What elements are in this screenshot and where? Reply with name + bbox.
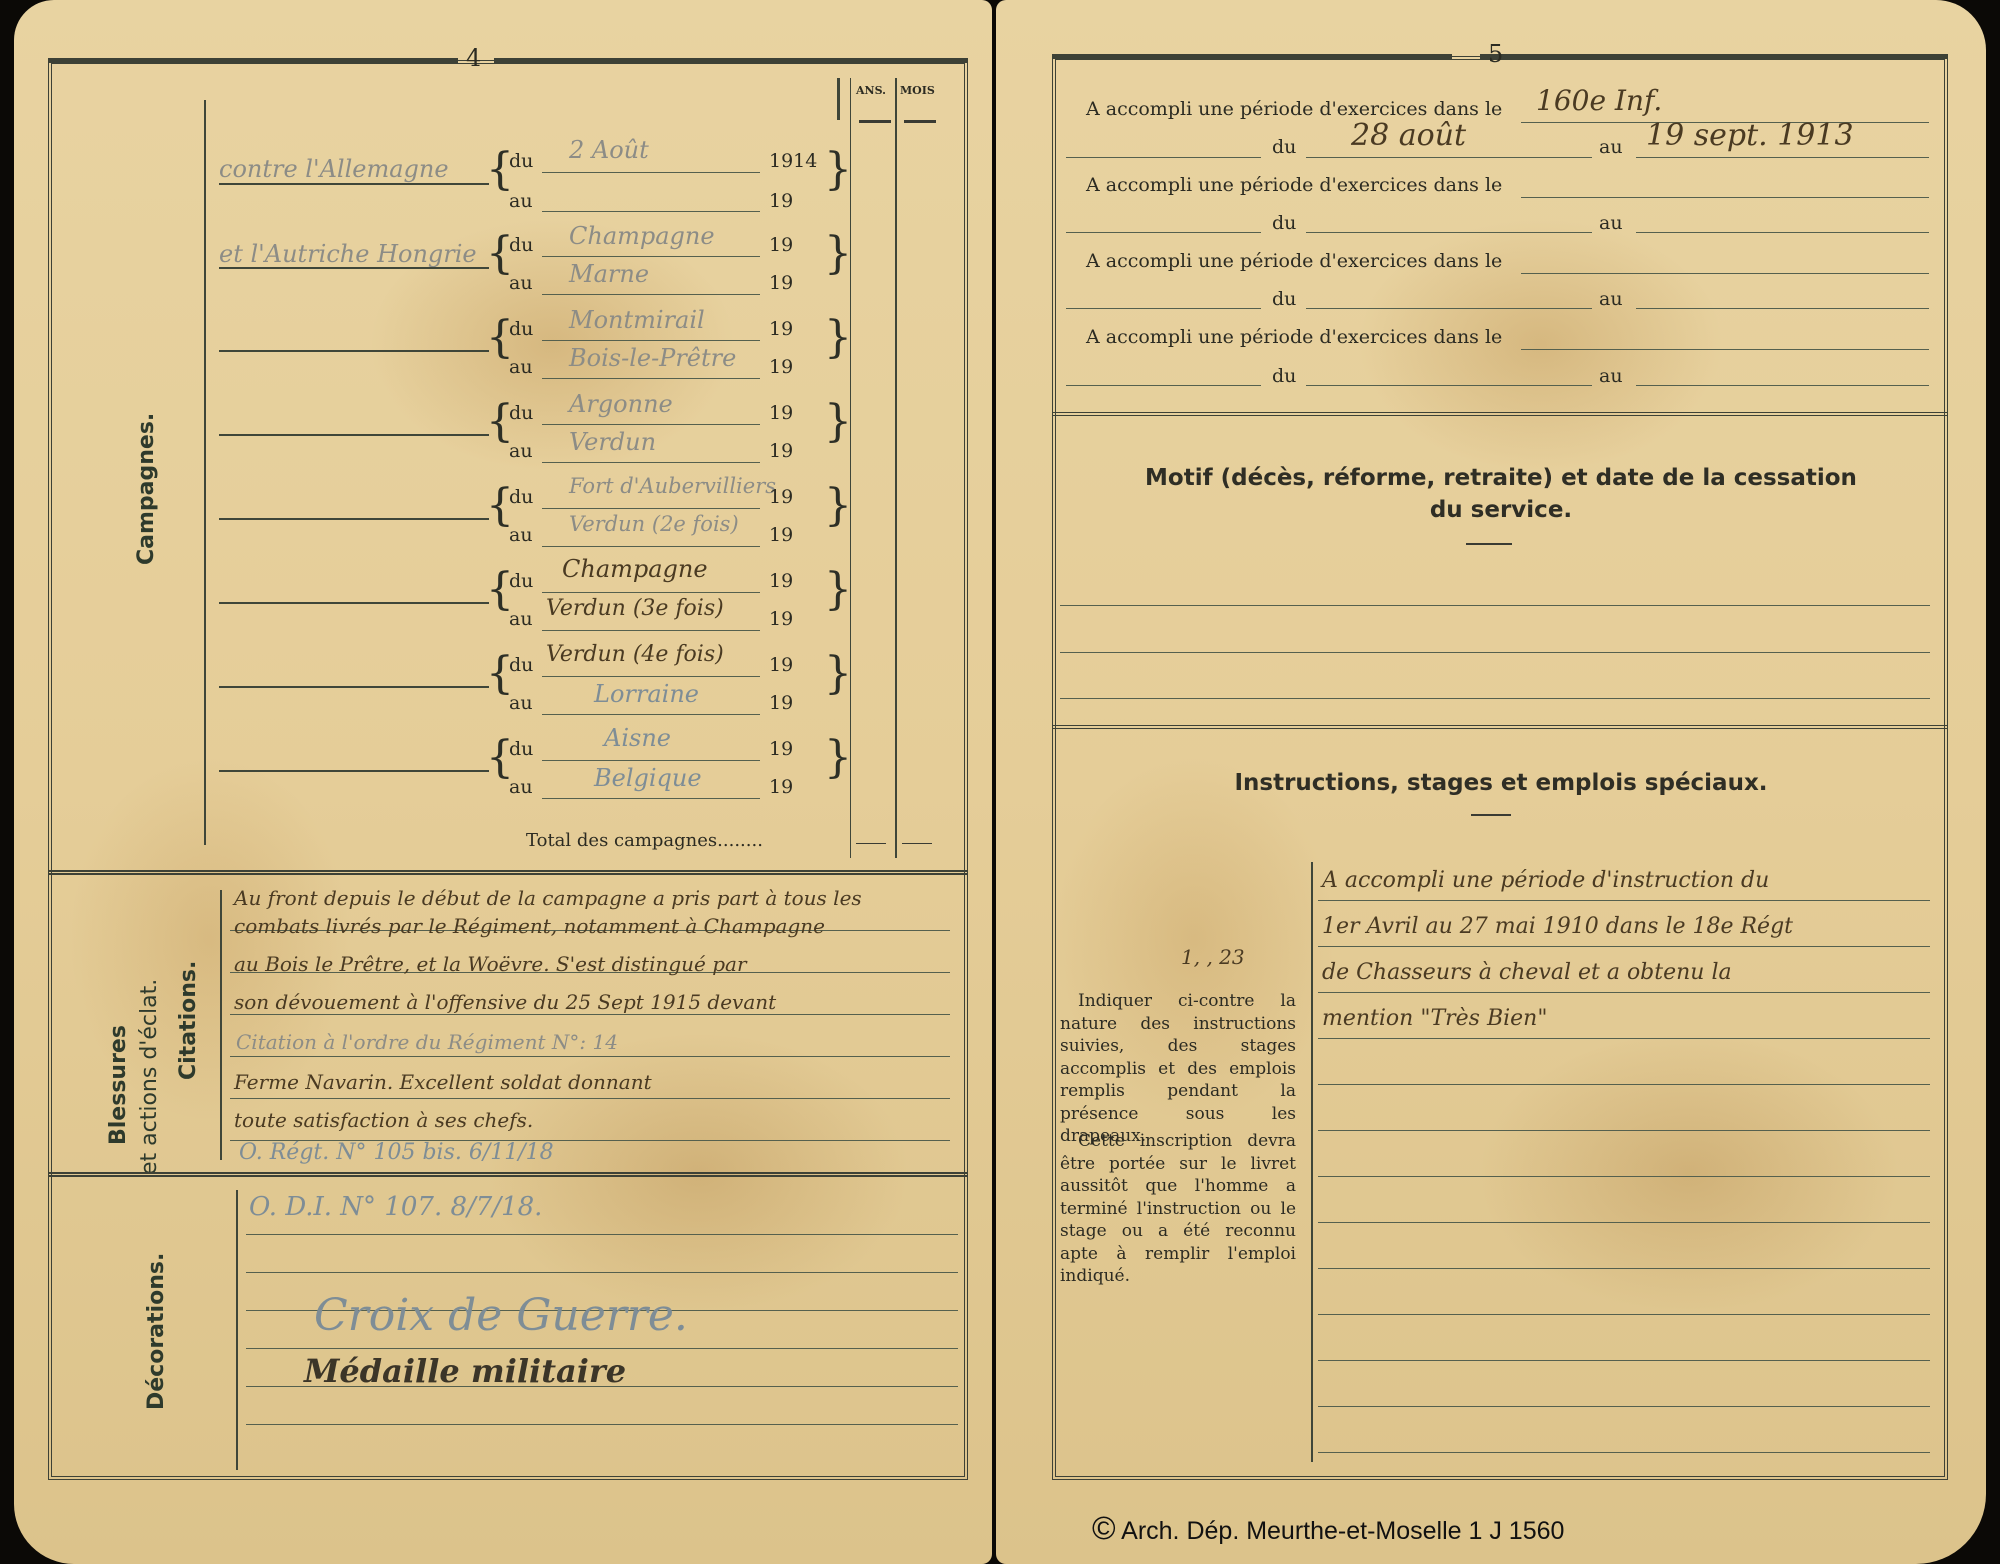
campaign-to: Bois-le-Prêtre — [569, 344, 736, 372]
instruction-entry: 1er Avril au 27 mai 1910 dans le 18e Rég… — [1322, 914, 1793, 939]
months-column-header: MOIS — [900, 84, 935, 97]
page-number: 4 — [466, 44, 481, 72]
exercise-from: 28 août — [1351, 118, 1466, 153]
decoration-line: Médaille militaire — [304, 1352, 626, 1390]
campaigns-bracket — [204, 100, 206, 845]
campaign-from: Champagne — [569, 222, 715, 250]
campaign-to: Verdun (2e fois) — [569, 512, 739, 536]
years-column-header: ANS. — [856, 84, 886, 97]
left-page: 4 Campagnes. ANS. MOIS contre l'Allemagn… — [14, 0, 992, 1564]
campaign-from: Aisne — [604, 724, 671, 752]
copyright-icon: © — [1092, 1510, 1116, 1546]
exercise-to: 19 sept. 1913 — [1646, 118, 1854, 153]
right-page: 5 A accompli une période d'exercices dan… — [996, 0, 1986, 1564]
cessation-line — [1060, 652, 1930, 653]
campaigns-label: Campagnes. — [134, 413, 159, 565]
archive-caption: © Arch. Dép. Meurthe-et-Moselle 1 J 1560 — [1092, 1510, 1564, 1547]
citations-label-3: Citations. — [176, 961, 201, 1080]
citation-line: son dévouement à l'offensive du 25 Sept … — [234, 990, 776, 1014]
campaign-to: Verdun (3e fois) — [546, 596, 724, 621]
campaign-to: Belgique — [594, 764, 702, 792]
decoration-line: Croix de Guerre. — [314, 1290, 688, 1341]
campaign-against-2: et l'Autriche Hongrie — [219, 240, 477, 268]
instructions-heading: Instructions, stages et emplois spéciaux… — [1056, 770, 1946, 796]
campaign-to: Verdun — [569, 428, 656, 456]
citations-label-1: Blessures — [106, 1025, 131, 1145]
citation-line: Au front depuis le début de la campagne … — [234, 886, 862, 910]
margin-mark: 1, , 23 — [1181, 945, 1245, 969]
instructions-note-1: Indiquer ci-contre la nature des instruc… — [1060, 990, 1296, 1148]
campaign-from: Argonne — [569, 390, 673, 418]
total-campaigns-label: Total des campagnes........ — [526, 830, 763, 851]
citations-label-2: et actions d'éclat. — [137, 979, 162, 1175]
decorations-label: Décorations. — [144, 1253, 169, 1410]
cessation-heading-2: du service. — [1056, 497, 1946, 523]
instruction-entry: de Chasseurs à cheval et a obtenu la — [1322, 960, 1732, 985]
cessation-heading: Motif (décès, réforme, retraite) et date… — [1056, 465, 1946, 491]
citation-line: Ferme Navarin. Excellent soldat donnant — [234, 1070, 652, 1094]
instruction-entry: mention "Très Bien" — [1322, 1006, 1547, 1031]
cessation-line — [1060, 698, 1930, 699]
page-number: 5 — [1488, 40, 1503, 68]
campaign-from: 2 Août — [569, 136, 649, 164]
citation-line: Citation à l'ordre du Régiment N°: 14 — [236, 1030, 618, 1054]
campaign-from: Fort d'Aubervilliers — [569, 474, 776, 498]
campaign-from: Verdun (4e fois) — [546, 642, 724, 667]
campaign-against-1: contre l'Allemagne — [219, 155, 449, 183]
decoration-line: O. D.I. N° 107. 8/7/18. — [249, 1192, 542, 1222]
caption-text: Arch. Dép. Meurthe-et-Moselle 1 J 1560 — [1121, 1517, 1564, 1545]
exercise-unit: 160e Inf. — [1536, 84, 1662, 117]
top-border-left — [48, 58, 458, 63]
campaign-to: Lorraine — [594, 680, 699, 708]
campaign-from: Champagne — [562, 555, 708, 583]
citation-line: toute satisfaction à ses chefs. — [234, 1108, 533, 1132]
campaign-to: Marne — [569, 260, 649, 288]
campaign-from: Montmirail — [569, 306, 705, 334]
citation-line: au Bois le Prêtre, et la Woëvre. S'est d… — [234, 952, 747, 976]
decorations-top-border — [48, 1172, 968, 1177]
instructions-note-2: Cette inscription devra être portée sur … — [1060, 1130, 1296, 1288]
citation-line: combats livrés par le Régiment, notammen… — [234, 914, 825, 938]
instruction-entry: A accompli une période d'instruction du — [1322, 868, 1769, 893]
cessation-line — [1060, 605, 1930, 606]
top-border-right — [494, 58, 968, 63]
citation-line: O. Régt. N° 105 bis. 6/11/18 — [239, 1140, 554, 1165]
citations-top-border — [48, 870, 968, 875]
